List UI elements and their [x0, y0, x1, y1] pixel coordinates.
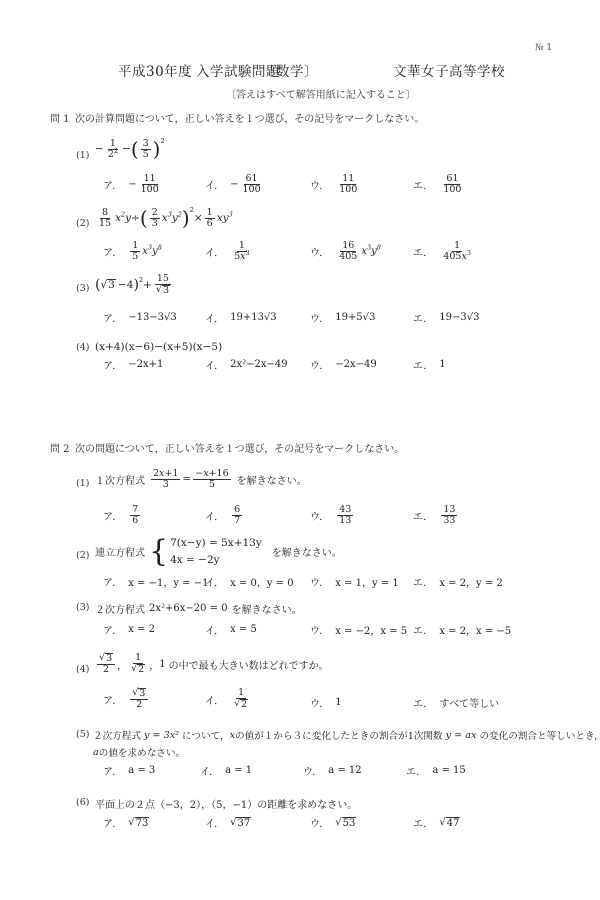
choice-label: ア． — [103, 508, 122, 523]
number-one: 1 — [159, 659, 165, 670]
choice-label: ウ． — [310, 244, 329, 259]
instruction-text: を解きなさい。 — [232, 601, 302, 616]
fraction: 2x+13 — [151, 469, 180, 490]
q1-problem-2-number: (2) — [76, 218, 89, 229]
q1-3-choice-u[interactable]: ウ．19+5√3 — [310, 310, 375, 325]
q1-1-choice-i[interactable]: イ．−61100 — [205, 174, 265, 195]
instruction-text: の中で最も大きい数はどれですか。 — [169, 657, 329, 672]
q2-problem-5-line-1: ２次方程式 y = 3x² について， x の値が１から３に変化したときの割合が… — [93, 728, 600, 742]
choice-label: ア． — [103, 310, 122, 325]
q2-problem-3-statement: ２次方程式 2x²+6x−20 = 0 を解きなさい。 — [95, 601, 302, 616]
choice-value: x = 5 — [230, 624, 257, 635]
choice-value: x = 2，x = −5 — [439, 622, 511, 637]
q2-6-choice-e[interactable]: エ．√47 — [413, 815, 460, 830]
text: の変化の割合と等しいとき， — [479, 728, 600, 742]
choice-label: イ． — [205, 244, 224, 259]
choice-label: エ． — [413, 574, 433, 589]
q2-problem-2-number: (2) — [76, 550, 89, 561]
page-number: № 1 — [535, 43, 552, 53]
left-brace: { — [149, 537, 168, 567]
q1-problem-3-expression: ( √3 −4 )2 + 15√3 — [95, 274, 174, 296]
choice-value: すべて等しい — [439, 695, 499, 710]
radicand: 47 — [446, 817, 461, 829]
q2-2-choice-i[interactable]: イ．x = 0，y = 0 — [205, 574, 294, 589]
equation: y = ax — [446, 730, 477, 741]
fraction: 76 — [130, 505, 140, 526]
q2-problem-1-number: (1) — [76, 478, 89, 489]
q2-problem-4-statement: √32 ， 1√2 ， 1 の中で最も大きい数はどれですか。 — [95, 653, 329, 675]
q1-3-choice-a[interactable]: ア．−13−3√3 — [103, 310, 177, 325]
q2-problem-6-statement: 平面上の２点（−3，2），（5，−1）の距離を求めなさい。 — [95, 796, 357, 811]
q1-problem-4-number: (4) — [76, 342, 89, 353]
sqrt-3: √3 — [100, 279, 115, 292]
choice-value: a = 15 — [432, 765, 465, 776]
text: について， — [182, 728, 230, 742]
choice-value: 1 — [439, 359, 445, 370]
choice-label: エ． — [413, 622, 433, 637]
choice-label: エ． — [413, 815, 433, 830]
choice-label: エ． — [413, 310, 433, 325]
q2-1-choice-a[interactable]: ア．76 — [103, 505, 142, 526]
q2-problem-2-statement: 連立方程式 { 7(x−y) = 5x+13y 4x = −2y を解きなさい。 — [95, 535, 342, 569]
separator: ， — [117, 657, 127, 672]
q2-4-choice-u[interactable]: ウ．1 — [310, 695, 342, 710]
choice-value: x = 2 — [128, 624, 155, 635]
q1-4-choice-i[interactable]: イ．2x²−2x−49 — [205, 357, 288, 372]
q2-2-choice-e[interactable]: エ．x = 2，y = 2 — [413, 574, 503, 589]
q2-problem-1-statement: １次方程式 2x+13 = −x+165 を解きなさい。 — [95, 469, 307, 490]
choice-value: 1 — [335, 697, 341, 708]
right-paren: ) — [153, 139, 161, 159]
choice-label: エ． — [413, 508, 433, 523]
fraction: 11100 — [139, 174, 161, 195]
minus-sign: − — [128, 179, 136, 190]
choice-label: エ． — [413, 357, 433, 372]
fraction: √32 — [97, 653, 115, 675]
q2-3-choice-u[interactable]: ウ．x = −2，x = 5 — [310, 622, 407, 637]
q2-2-choice-a[interactable]: ア．x = −1，y = −1 — [103, 574, 208, 589]
choice-label: ア． — [103, 574, 122, 589]
instruction-text: を解きなさい。 — [272, 544, 342, 559]
q1-4-choice-e[interactable]: エ．1 — [413, 357, 446, 372]
q2-6-choice-i[interactable]: イ．√37 — [205, 815, 251, 830]
q2-problem-4-number: (4) — [76, 664, 89, 675]
q1-problem-1-number: (1) — [76, 150, 89, 161]
choice-label: ウ． — [310, 310, 329, 325]
choice-label: ウ． — [310, 574, 329, 589]
sqrt-value: √47 — [439, 817, 460, 829]
radicand: 53 — [342, 817, 357, 829]
q1-problem-1-expression: − 122 − ( 35 )2 — [95, 139, 165, 160]
q2-3-choice-i[interactable]: イ．x = 5 — [205, 622, 257, 637]
choice-label: イ． — [205, 357, 224, 372]
fraction: 815 — [97, 208, 113, 229]
choice-label: イ． — [205, 574, 224, 589]
q1-problem-2-expression: 815 x2y ÷ ( 23 x3y2 )2 × 16 xy3 — [95, 208, 233, 229]
choice-value: a = 3 — [128, 765, 155, 776]
exam-subject: 〔数学〕 — [262, 60, 318, 80]
fraction: 35 — [141, 139, 151, 160]
q2-problem-5-line-2: a の値を求めなさい。 — [93, 745, 185, 759]
fraction: 15x3 — [232, 241, 252, 262]
sqrt-sign: √ — [100, 279, 107, 291]
choice-label: ウ． — [310, 508, 329, 523]
q1-3-choice-i[interactable]: イ．19+13√3 — [205, 310, 277, 325]
choice-value: 19+5√3 — [335, 312, 375, 323]
q2-1-choice-e[interactable]: エ．1333 — [413, 505, 459, 526]
fraction: 16 — [205, 208, 215, 229]
sqrt-value: √53 — [335, 817, 356, 829]
choice-value: 19+13√3 — [230, 312, 277, 323]
choice-label: イ． — [205, 310, 224, 325]
q1-problem-4-expression: (x+4)(x−6)−(x+5)(x−5) — [95, 341, 222, 353]
school-name: 文華女子高等学校 — [393, 60, 505, 80]
choice-value: x = −2，x = 5 — [335, 622, 407, 637]
equation-system: 7(x−y) = 5x+13y 4x = −2y — [170, 535, 262, 569]
q1-3-choice-e[interactable]: エ．19−3√3 — [413, 310, 480, 325]
choice-label: ア． — [103, 622, 122, 637]
choice-label: ウ． — [310, 695, 329, 710]
fraction: 1333 — [441, 505, 457, 526]
equation: 2x²+6x−20 = 0 — [149, 603, 228, 614]
minus-sign: − — [118, 279, 127, 291]
minus-sign: − — [230, 179, 238, 190]
sqrt-value: √73 — [128, 817, 149, 829]
q2-4-choice-e[interactable]: エ．すべて等しい — [413, 695, 499, 710]
divide-sign: ÷ — [131, 212, 140, 224]
choice-label: エ． — [413, 177, 433, 192]
fraction: −x+165 — [193, 469, 230, 490]
fraction: 1√2 — [232, 688, 250, 710]
question-2-label: 問 2 — [50, 440, 70, 455]
choice-label: ア． — [103, 763, 122, 778]
equals-sign: = — [182, 473, 191, 485]
choice-label: イ． — [200, 763, 219, 778]
choice-value: x = 2，y = 2 — [439, 574, 503, 589]
times-sign: × — [194, 212, 203, 224]
fraction: 67 — [232, 505, 242, 526]
choice-value: x = 1，y = 1 — [335, 574, 399, 589]
q2-problem-5-number: (5) — [76, 729, 89, 740]
choice-value: −13−3√3 — [128, 312, 177, 323]
text: の値が１から３に変化したときの割合が1次関数 — [235, 728, 443, 742]
q2-1-choice-i[interactable]: イ．67 — [205, 505, 244, 526]
left-paren: ( — [131, 139, 139, 159]
choice-label: エ． — [406, 763, 426, 778]
question-2-text: 次の問題について，正しい答えを１つ選び，その記号をマークしなさい。 — [75, 440, 404, 455]
equation-type: ２次方程式 — [95, 601, 145, 616]
choice-value: a = 12 — [328, 765, 361, 776]
choice-label: ア． — [103, 177, 122, 192]
q2-3-choice-a[interactable]: ア．x = 2 — [103, 622, 155, 637]
fraction: 4313 — [337, 505, 353, 526]
equation-type: 連立方程式 — [95, 544, 145, 559]
exam-year: 平成30年度 — [118, 60, 192, 80]
radicand: 37 — [236, 817, 251, 829]
radicand: 73 — [135, 817, 150, 829]
fraction: 122 — [106, 139, 120, 160]
instruction-text: を解きなさい。 — [237, 472, 307, 487]
choice-label: ウ． — [303, 763, 322, 778]
choice-label: ア． — [103, 692, 122, 707]
fraction: 15 — [130, 241, 140, 262]
choice-value: 2x²−2x−49 — [230, 359, 288, 370]
choice-label: イ． — [205, 508, 224, 523]
q2-3-choice-e[interactable]: エ．x = 2，x = −5 — [413, 622, 511, 637]
text: ２次方程式 — [93, 728, 141, 742]
q1-1-choice-e[interactable]: エ．61100 — [413, 174, 465, 195]
instruction-note: 〔答えはすべて解答用紙に記入すること〕 — [226, 86, 416, 101]
choice-label: イ． — [205, 815, 224, 830]
choice-value: 19−3√3 — [439, 312, 479, 323]
q1-1-choice-a[interactable]: ア．−11100 — [103, 174, 163, 195]
separator: ， — [149, 657, 159, 672]
q1-2-choice-a[interactable]: ア．15x3y8 — [103, 241, 162, 262]
choice-value: x = −1，y = −1 — [128, 574, 208, 589]
choice-value: x = 0，y = 0 — [230, 574, 294, 589]
fraction: 23 — [150, 208, 160, 229]
question-1-text: 次の計算問題について，正しい答えを１つ選び，その記号をマークしなさい。 — [75, 110, 424, 125]
plus-sign: + — [143, 279, 152, 291]
choice-label: ア． — [103, 357, 122, 372]
q2-2-choice-u[interactable]: ウ．x = 1，y = 1 — [310, 574, 399, 589]
fraction: 15√3 — [154, 274, 172, 296]
right-paren: ) — [182, 208, 190, 228]
choice-label: ア． — [103, 244, 122, 259]
choice-label: イ． — [205, 177, 224, 192]
q1-2-choice-e[interactable]: エ．1405x3 — [413, 241, 475, 262]
q2-5-choice-a[interactable]: ア．a = 3 — [103, 763, 155, 778]
fraction: 11100 — [337, 174, 359, 195]
choice-label: ウ． — [310, 177, 329, 192]
fraction: 1√2 — [129, 653, 147, 675]
q1-2-choice-i[interactable]: イ．15x3 — [205, 241, 254, 262]
choice-label: エ． — [413, 244, 433, 259]
q2-4-choice-a[interactable]: ア．√32 — [103, 688, 150, 710]
sqrt-value: √37 — [230, 817, 251, 829]
choice-label: イ． — [205, 692, 224, 707]
left-paren: ( — [140, 208, 148, 228]
choice-label: ア． — [103, 815, 122, 830]
minus-sign: − — [95, 143, 104, 155]
fraction: 16405 — [337, 241, 359, 262]
q1-4-choice-u[interactable]: ウ．−2x−49 — [310, 357, 377, 372]
q2-problem-3-number: (3) — [76, 602, 89, 613]
equation-2: 4x = −2y — [170, 552, 262, 569]
q2-4-choice-i[interactable]: イ．1√2 — [205, 688, 252, 710]
choice-value: −2x−49 — [335, 359, 376, 370]
choice-label: ウ． — [310, 815, 329, 830]
choice-label: ウ． — [310, 622, 329, 637]
choice-label: ウ． — [310, 357, 329, 372]
minus-sign: − — [122, 143, 131, 155]
equation-type: １次方程式 — [95, 472, 145, 487]
q1-4-choice-a[interactable]: ア．−2x+1 — [103, 357, 163, 372]
equation: y = 3x² — [144, 730, 179, 741]
text: の値を求めなさい。 — [99, 745, 185, 759]
fraction: 61100 — [441, 174, 463, 195]
q2-5-choice-e[interactable]: エ．a = 15 — [406, 763, 466, 778]
q2-5-choice-i[interactable]: イ．a = 1 — [200, 763, 252, 778]
fraction: 61100 — [241, 174, 263, 195]
q2-1-choice-u[interactable]: ウ．4313 — [310, 505, 355, 526]
q2-6-choice-a[interactable]: ア．√73 — [103, 815, 149, 830]
equation-1: 7(x−y) = 5x+13y — [170, 535, 262, 552]
choice-value: −2x+1 — [128, 359, 163, 370]
q2-6-choice-u[interactable]: ウ．√53 — [310, 815, 356, 830]
q1-2-choice-u[interactable]: ウ．16405x3y8 — [310, 241, 381, 262]
choice-value: a = 1 — [225, 765, 252, 776]
q1-problem-3-number: (3) — [76, 283, 89, 294]
q2-problem-6-number: (6) — [76, 797, 89, 808]
choice-label: イ． — [205, 622, 224, 637]
question-1-label: 問 1 — [50, 110, 70, 125]
fraction: 1405x3 — [441, 241, 473, 262]
q2-5-choice-u[interactable]: ウ．a = 12 — [303, 763, 362, 778]
q1-1-choice-u[interactable]: ウ．11100 — [310, 174, 361, 195]
choice-label: エ． — [413, 695, 433, 710]
fraction: √32 — [130, 688, 148, 710]
